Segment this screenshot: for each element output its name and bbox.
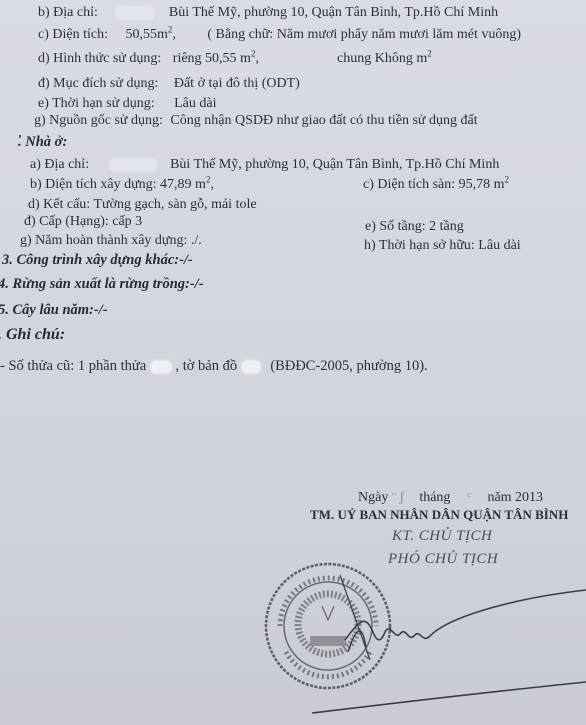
house-address-row: a) Địa chỉ: Bùi Thế Mỹ, phường 10, Quận … (30, 157, 499, 173)
house-address-label: a) Địa chỉ: (30, 157, 89, 172)
note-mid: , tờ bản đồ (175, 358, 237, 374)
usage-private: riêng 50,55 m2, (173, 51, 259, 66)
floor-area: c) Diện tích sàn: 95,78 m2 (363, 177, 509, 193)
land-address-row: b) Địa chỉ: Bùi Thế Mỹ, phường 10, Quận … (38, 5, 498, 21)
usage-shared: chung Không m2 (337, 51, 432, 67)
house-address-value: Bùi Thế Mỹ, phường 10, Quận Tân Bình, Tp… (170, 157, 499, 172)
term-label: e) Thời hạn sử dụng: (38, 96, 155, 111)
land-area-row: c) Diện tích: 50,55m2, ( Bằng chữ: Năm m… (38, 27, 521, 43)
purpose-value: Đất ở tại đô thị (ODT) (174, 76, 300, 91)
build-area: b) Diện tích xây dựng: 47,89 m2, (30, 177, 214, 193)
sign-date: Ngày ᵔ ʃ tháng ᶜ năm 2013 (358, 490, 543, 506)
redacted-house-number (109, 158, 157, 172)
date-month-label: tháng (419, 490, 450, 505)
land-area-label: c) Diện tích: (38, 27, 108, 42)
structure: d) Kết cấu: Tường gạch, sàn gỗ, mái tole (28, 197, 257, 213)
house-heading: ̓. Nhà ở: (18, 134, 67, 150)
date-day-label: Ngày (358, 490, 388, 505)
grade: đ) Cấp (Hạng): cấp 3 (24, 214, 142, 230)
note-prefix: - Số thửa cũ: 1 phần thửa (0, 358, 146, 374)
redacted-house-number (115, 6, 155, 20)
date-year: năm 2013 (487, 490, 543, 505)
land-area-words: ( Bằng chữ: Năm mươi phẩy năm mươi lăm m… (207, 27, 521, 42)
date-month-value: ᶜ (454, 490, 484, 506)
authority: TM. UỶ BAN NHÂN DÂN QUẬN TÂN BÌNH (310, 507, 568, 523)
land-address-label: b) Địa chỉ: (38, 5, 98, 20)
origin-value: Công nhận QSDĐ như giao đất có thu tiền … (170, 113, 477, 128)
land-address-value: Bùi Thế Mỹ, phường 10, Quận Tân Bình, Tp… (169, 5, 498, 20)
note-suffix: (BĐĐC-2005, phường 10). (270, 358, 427, 374)
date-day-value: ᵔ ʃ (392, 490, 416, 506)
purpose-row: đ) Mục đích sử dụng: Đất ở tại đô thị (O… (38, 76, 300, 92)
role-chairman: KT. CHỦ TỊCH (392, 528, 492, 544)
origin-row: g) Nguồn gốc sử dụng: Công nhận QSDĐ như… (34, 113, 478, 129)
notes-heading: . Ghi chú: (0, 327, 65, 343)
purpose-label: đ) Mục đích sử dụng: (38, 76, 158, 91)
perennial-trees: 5. Cây lâu năm:-/- (0, 302, 108, 318)
usage-form-row: d) Hình thức sử dụng: riêng 50,55 m2, (38, 51, 259, 67)
signature-icon (0, 560, 586, 725)
usage-form-label: d) Hình thức sử dụng: (38, 51, 161, 66)
origin-label: g) Nguồn gốc sử dụng: (34, 113, 163, 128)
completion-year: g) Năm hoàn thành xây dựng: ./. (20, 233, 202, 249)
ownership-term: h) Thời hạn sở hữu: Lâu dài (364, 238, 521, 254)
redacted-map-number (241, 360, 261, 374)
floors: e) Số tầng: 2 tầng (365, 219, 464, 235)
old-parcel-note: - Số thửa cũ: 1 phần thửa , tờ bản đồ (B… (0, 358, 428, 374)
land-area-value: 50,55m2, (125, 27, 175, 42)
other-works: 3. Công trình xây dựng khác:-/- (2, 252, 193, 268)
term-row: e) Thời hạn sử dụng: Lâu dài (38, 96, 216, 112)
redacted-parcel-number (150, 360, 172, 374)
production-forest: 4. Rừng sản xuất là rừng trồng:-/- (0, 276, 204, 292)
term-value: Lâu dài (174, 96, 216, 111)
